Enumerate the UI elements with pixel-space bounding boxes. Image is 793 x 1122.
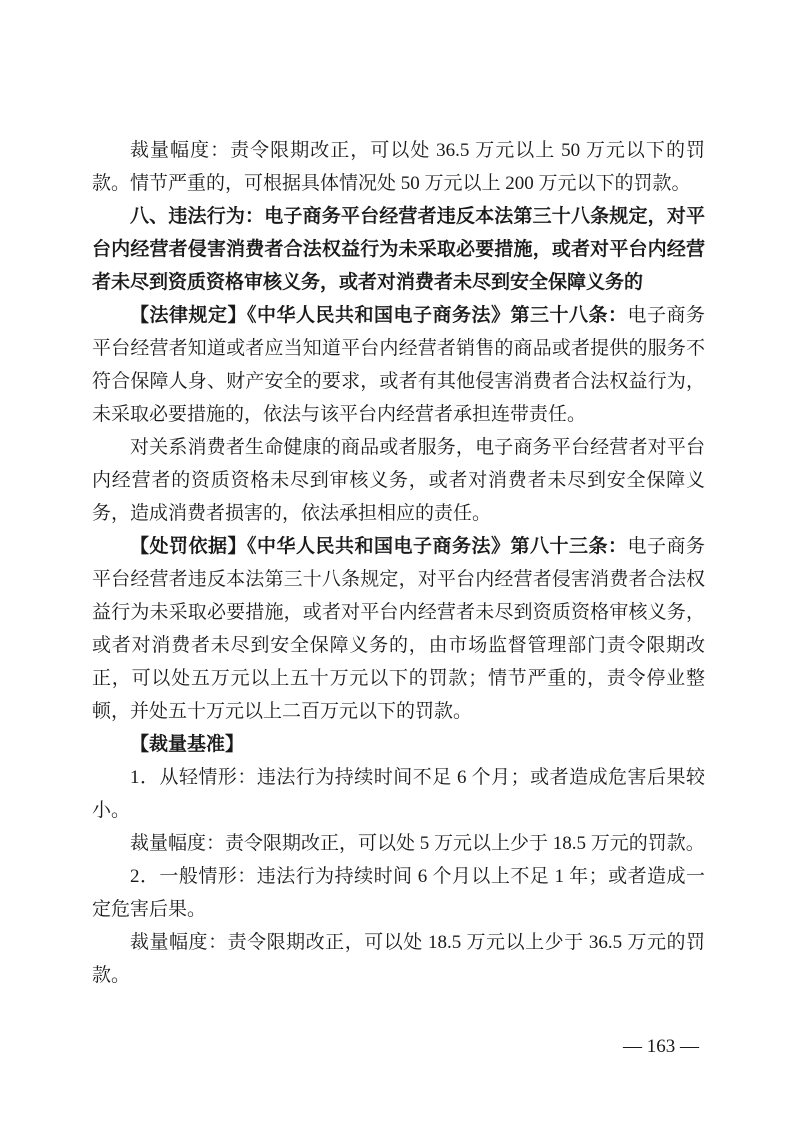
- document-page: 裁量幅度：责令限期改正，可以处 36.5 万元以上 50 万元以下的罚款。情节严…: [0, 0, 793, 1122]
- benchmark-section-label: 【裁量基准】: [92, 728, 705, 761]
- penalty-basis-text: 电子商务平台经营者违反本法第三十八条规定，对平台内经营者侵害消费者合法权益行为未…: [92, 536, 705, 722]
- penalty-basis-label: 【处罚依据】: [130, 536, 247, 557]
- heading-violation-item-8: 八、违法行为：电子商务平台经营者违反本法第三十八条规定，对平台内经营者侵害消费者…: [92, 200, 705, 299]
- paragraph-previous-discretion-range: 裁量幅度：责令限期改正，可以处 36.5 万元以上 50 万元以下的罚款。情节严…: [92, 134, 705, 200]
- page-number: — 163 —: [623, 1030, 699, 1063]
- paragraph-item2-general-case: 2．一般情形：违法行为持续时间 6 个月以上不足 1 年；或者造成一定危害后果。: [92, 860, 705, 926]
- legal-provision-law-ref: 《中华人民共和国电子商务法》第三十八条：: [247, 305, 627, 326]
- paragraph-penalty-basis: 【处罚依据】《中华人民共和国电子商务法》第八十三条：电子商务平台经营者违反本法第…: [92, 530, 705, 728]
- paragraph-item1-discretion-range: 裁量幅度：责令限期改正，可以处 5 万元以上少于 18.5 万元的罚款。: [92, 827, 705, 860]
- paragraph-legal-provision: 【法律规定】《中华人民共和国电子商务法》第三十八条：电子商务平台经营者知道或者应…: [92, 299, 705, 431]
- paragraph-legal-provision-extra: 对关系消费者生命健康的商品或者服务，电子商务平台经营者对平台内经营者的资质资格未…: [92, 431, 705, 530]
- document-content: 裁量幅度：责令限期改正，可以处 36.5 万元以上 50 万元以下的罚款。情节严…: [92, 134, 705, 992]
- paragraph-item1-lenient-case: 1．从轻情形：违法行为持续时间不足 6 个月；或者造成危害后果较小。: [92, 761, 705, 827]
- penalty-basis-law-ref: 《中华人民共和国电子商务法》第八十三条：: [247, 536, 627, 557]
- paragraph-item2-discretion-range: 裁量幅度：责令限期改正，可以处 18.5 万元以上少于 36.5 万元的罚款。: [92, 926, 705, 992]
- legal-provision-label: 【法律规定】: [130, 305, 247, 326]
